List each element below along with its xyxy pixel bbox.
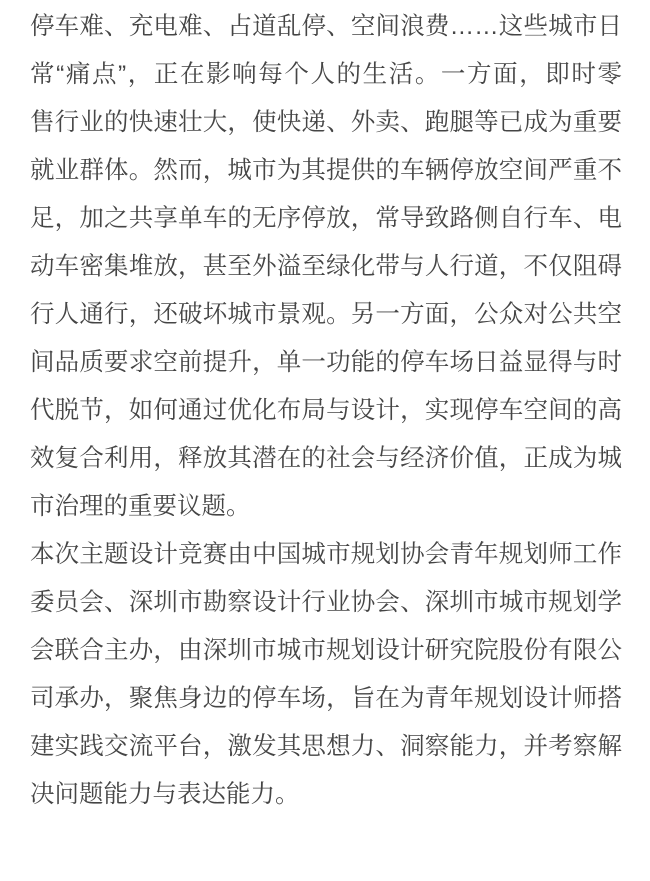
text-line: 就业群体。然而，城市为其提供的车辆停放空间严重不 (30, 147, 622, 195)
text-line: 决问题能力与表达能力。 (30, 771, 622, 819)
text-line: 本次主题设计竞赛由中国城市规划协会青年规划师工作 (30, 531, 622, 579)
text-line: 售行业的快速壮大，使快递、外卖、跑腿等已成为重要 (30, 99, 622, 147)
text-line: 行人通行，还破坏城市景观。另一方面，公众对公共空 (30, 291, 622, 339)
text-line: 委员会、深圳市勘察设计行业协会、深圳市城市规划学 (30, 579, 622, 627)
text-line: 足，加之共享单车的无序停放，常导致路侧自行车、电 (30, 195, 622, 243)
text-line: 常“痛点”，正在影响每个人的生活。一方面，即时零 (30, 51, 622, 99)
text-line: 间品质要求空前提升，单一功能的停车场日益显得与时 (30, 339, 622, 387)
text-line: 动车密集堆放，甚至外溢至绿化带与人行道，不仅阻碍 (30, 243, 622, 291)
text-line: 市治理的重要议题。 (30, 483, 622, 531)
paragraph-city-pain-points: 停车难、充电难、占道乱停、空间浪费……这些城市日 常“痛点”，正在影响每个人的生… (30, 3, 622, 531)
text-line: 司承办，聚焦身边的停车场，旨在为青年规划设计师搭 (30, 675, 622, 723)
text-line: 会联合主办，由深圳市城市规划设计研究院股份有限公 (30, 627, 622, 675)
text-line: 建实践交流平台，激发其思想力、洞察能力，并考察解 (30, 723, 622, 771)
paragraph-competition-organizers: 本次主题设计竞赛由中国城市规划协会青年规划师工作 委员会、深圳市勘察设计行业协会… (30, 531, 622, 819)
text-line: 代脱节，如何通过优化布局与设计，实现停车空间的高 (30, 387, 622, 435)
text-line: 停车难、充电难、占道乱停、空间浪费……这些城市日 (30, 3, 622, 51)
text-line: 效复合利用，释放其潜在的社会与经济价值，正成为城 (30, 435, 622, 483)
article-body: 停车难、充电难、占道乱停、空间浪费……这些城市日 常“痛点”，正在影响每个人的生… (0, 0, 650, 819)
page: { "page": { "background_color": "#ffffff… (0, 0, 650, 881)
